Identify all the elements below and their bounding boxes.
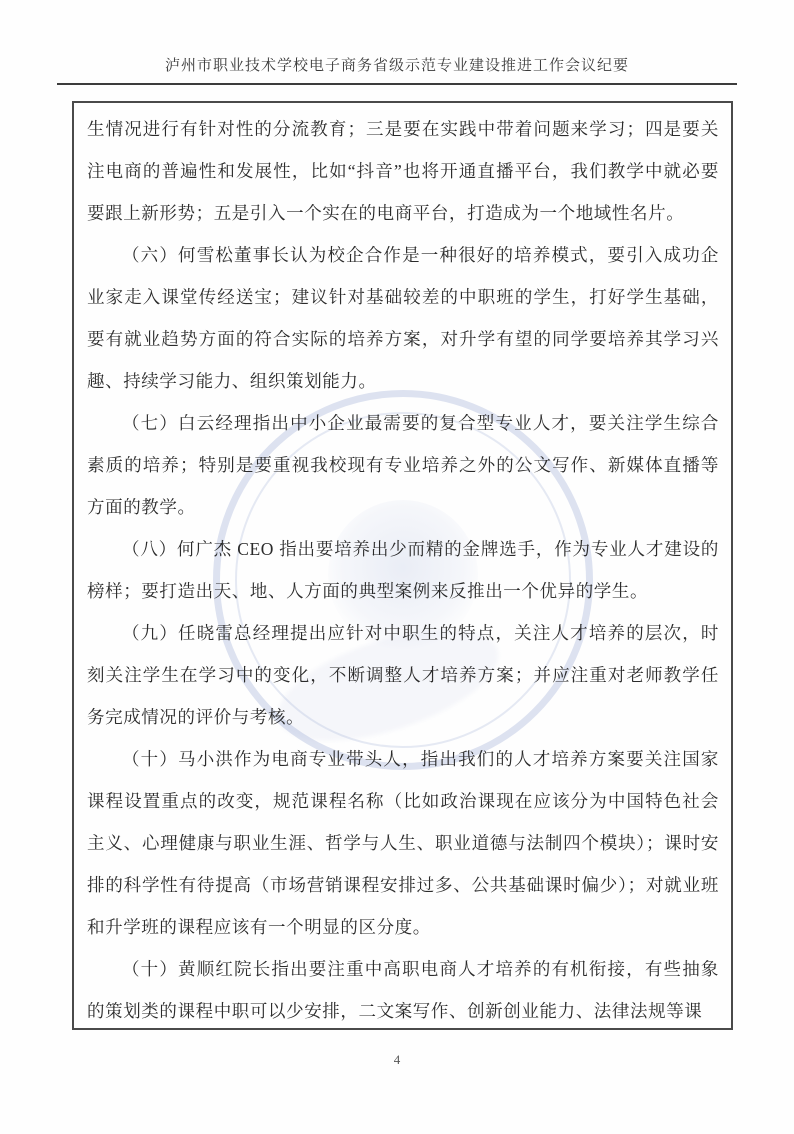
paragraph: （九）任晓雷总经理提出应针对中职生的特点，关注人才培养的层次，时刻关注学生在学习…: [87, 612, 719, 738]
paragraph: （七）白云经理指出中小企业最需要的复合型专业人才，要关注学生综合素质的培养；特别…: [87, 402, 719, 528]
header-divider: [57, 83, 737, 85]
paragraph: （十）马小洪作为电商专业带头人，指出我们的人才培养方案要关注国家课程设置重点的改…: [87, 738, 719, 948]
page-header-title: 泸州市职业技术学校电子商务省级示范专业建设推进工作会议纪要: [0, 54, 794, 75]
document-body: 生情况进行有针对性的分流教育；三是要在实践中带着问题来学习；四是要关注电商的普遍…: [74, 103, 731, 1030]
scanned-document-page: 泸州市职业技术学校电子商务省级示范专业建设推进工作会议纪要 生情况进行有针对性的…: [0, 0, 794, 1134]
paragraph: （十）黄顺红院长指出要注重中高职电商人才培养的有机衔接，有些抽象的策划类的课程中…: [87, 948, 719, 1030]
paragraph: （六）何雪松董事长认为校企合作是一种很好的培养模式，要引入成功企业家走入课堂传经…: [87, 234, 719, 402]
page-number: 4: [0, 1052, 794, 1068]
paragraph: 生情况进行有针对性的分流教育；三是要在实践中带着问题来学习；四是要关注电商的普遍…: [87, 108, 719, 234]
document-border-box: 生情况进行有针对性的分流教育；三是要在实践中带着问题来学习；四是要关注电商的普遍…: [72, 101, 733, 1030]
paragraph: （八）何广杰 CEO 指出要培养出少而精的金牌选手，作为专业人才建设的榜样；要打…: [87, 528, 719, 612]
